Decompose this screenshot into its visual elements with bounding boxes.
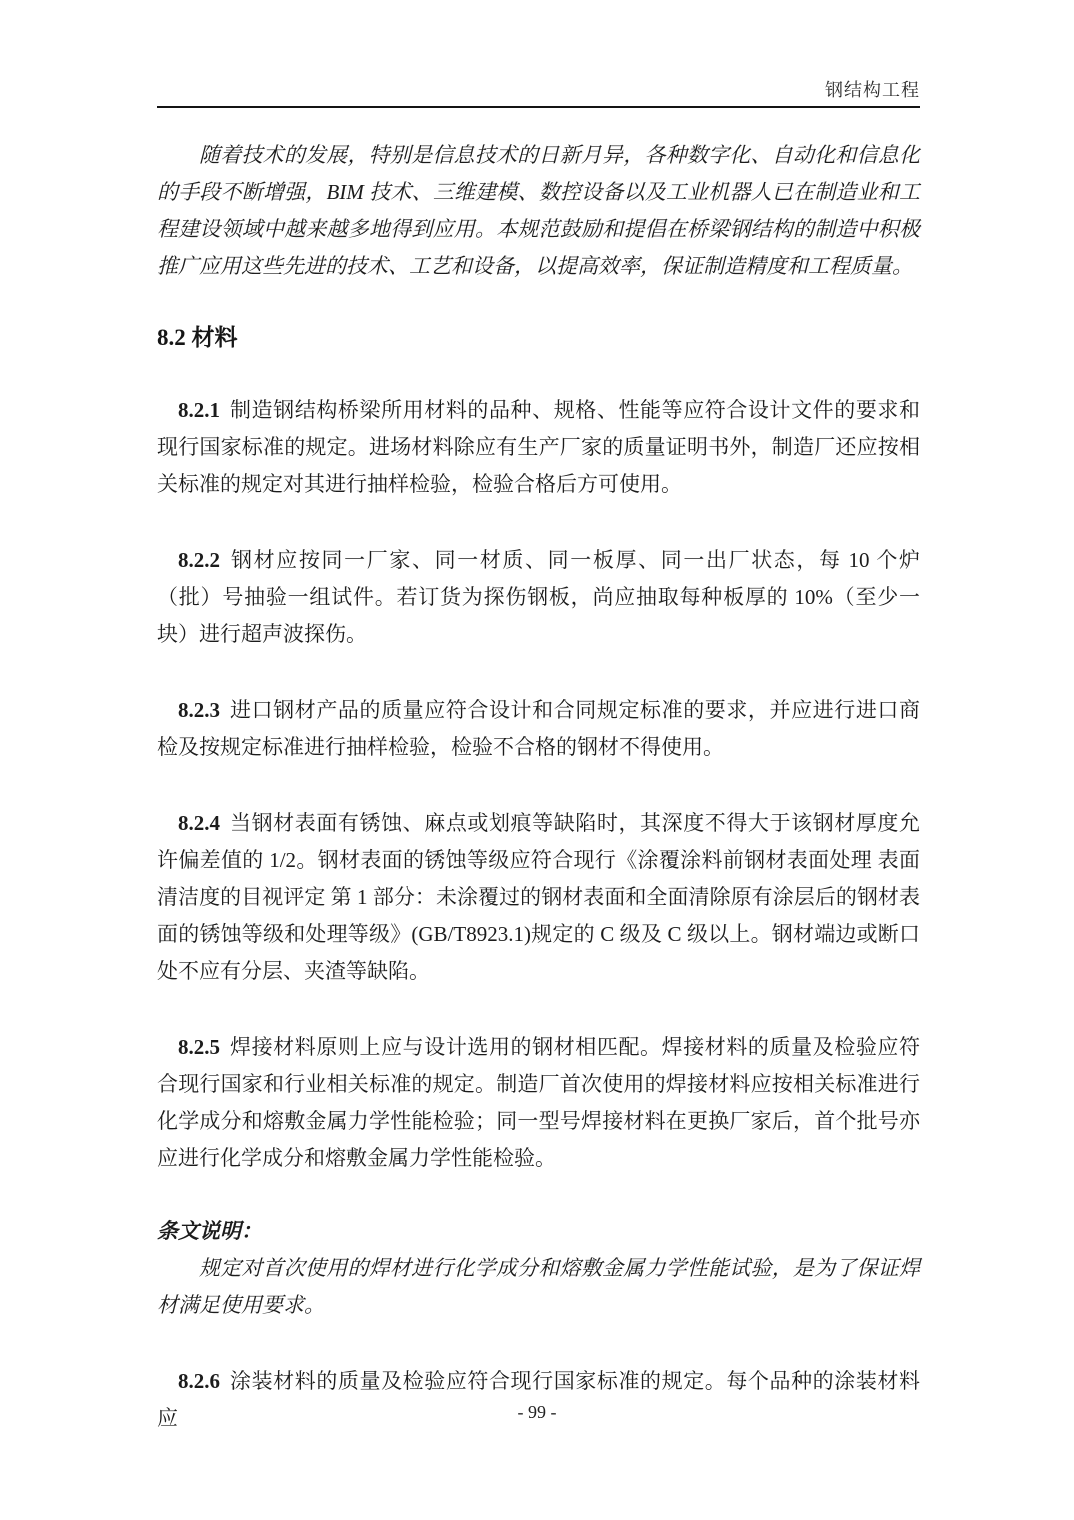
commentary-paragraph: 规定对首次使用的焊材进行化学成分和熔敷金属力学性能试验，是为了保证焊材满足使用要… [157,1250,920,1324]
page-column: 钢结构工程 随着技术的发展，特别是信息技术的日新月异，各种数字化、自动化和信息化… [157,0,920,1437]
commentary-label: 条文说明： [157,1213,920,1250]
clause-8-2-2: 8.2.2钢材应按同一厂家、同一材质、同一板厚、同一出厂状态，每 10 个炉（批… [157,542,920,653]
clause-text: 钢材应按同一厂家、同一材质、同一板厚、同一出厂状态，每 10 个炉（批）号抽验一… [157,548,920,646]
page-number: - 99 - [0,1402,1074,1423]
clause-8-2-4: 8.2.4当钢材表面有锈蚀、麻点或划痕等缺陷时，其深度不得大于该钢材厚度允许偏差… [157,805,920,990]
clause-text: 焊接材料原则上应与设计选用的钢材相匹配。焊接材料的质量及检验应符合现行国家和行业… [157,1035,920,1170]
clause-8-2-3: 8.2.3进口钢材产品的质量应符合设计和合同规定标准的要求，并应进行进口商检及按… [157,692,920,766]
running-header-title: 钢结构工程 [157,0,920,102]
header-divider [157,106,920,108]
intro-paragraph: 随着技术的发展，特别是信息技术的日新月异，各种数字化、自动化和信息化的手段不断增… [157,137,920,285]
clause-8-2-5: 8.2.5焊接材料原则上应与设计选用的钢材相匹配。焊接材料的质量及检验应符合现行… [157,1029,920,1177]
clause-number: 8.2.3 [178,698,220,722]
clause-number: 8.2.4 [178,811,220,835]
clause-text: 进口钢材产品的质量应符合设计和合同规定标准的要求，并应进行进口商检及按规定标准进… [157,698,920,759]
clause-number: 8.2.2 [178,548,220,572]
clause-8-2-6: 8.2.6涂装材料的质量及检验应符合现行国家标准的规定。每个品种的涂装材料应 [157,1363,920,1437]
clause-number: 8.2.5 [178,1035,220,1059]
section-heading: 8.2 材料 [157,323,920,353]
clause-text: 当钢材表面有锈蚀、麻点或划痕等缺陷时，其深度不得大于该钢材厚度允许偏差值的 1/… [157,811,920,983]
clause-number: 8.2.1 [178,398,220,422]
clause-number: 8.2.6 [178,1369,220,1393]
clause-text: 制造钢结构桥梁所用材料的品种、规格、性能等应符合设计文件的要求和现行国家标准的规… [157,398,920,496]
clause-8-2-1: 8.2.1制造钢结构桥梁所用材料的品种、规格、性能等应符合设计文件的要求和现行国… [157,392,920,503]
